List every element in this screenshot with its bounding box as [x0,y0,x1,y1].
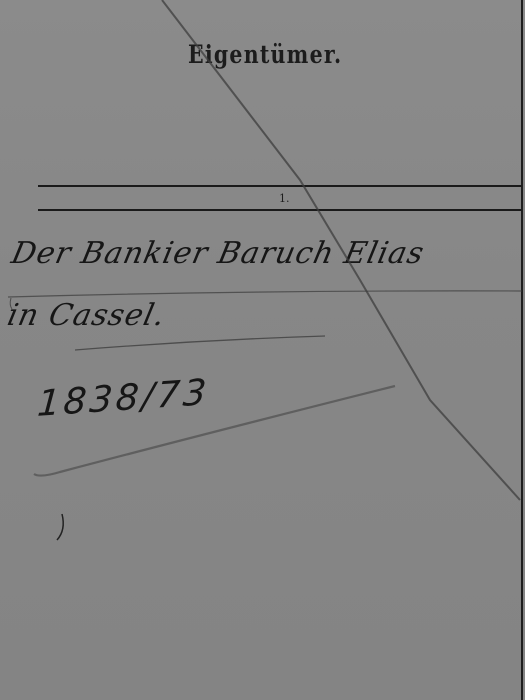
table-rule-bottom [38,209,522,211]
handwritten-owner-name: Der Bankier Baruch Elias [8,236,427,271]
stray-mark-icon [57,514,63,540]
handwritten-reference-number: 1838/73 [36,372,211,425]
table-rule-top [38,185,522,187]
underline-line1 [8,291,522,297]
underline-line2 [75,336,325,350]
handwritten-owner-location: in Cassel. [4,298,168,333]
document-page: Eigentümer. 1. Der Bankier Baruch Elias … [0,0,525,700]
right-margin-rule [521,0,523,700]
pencil-marks [0,0,525,700]
page-heading: Eigentümer. [188,40,342,69]
entry-number: 1. [279,192,290,205]
